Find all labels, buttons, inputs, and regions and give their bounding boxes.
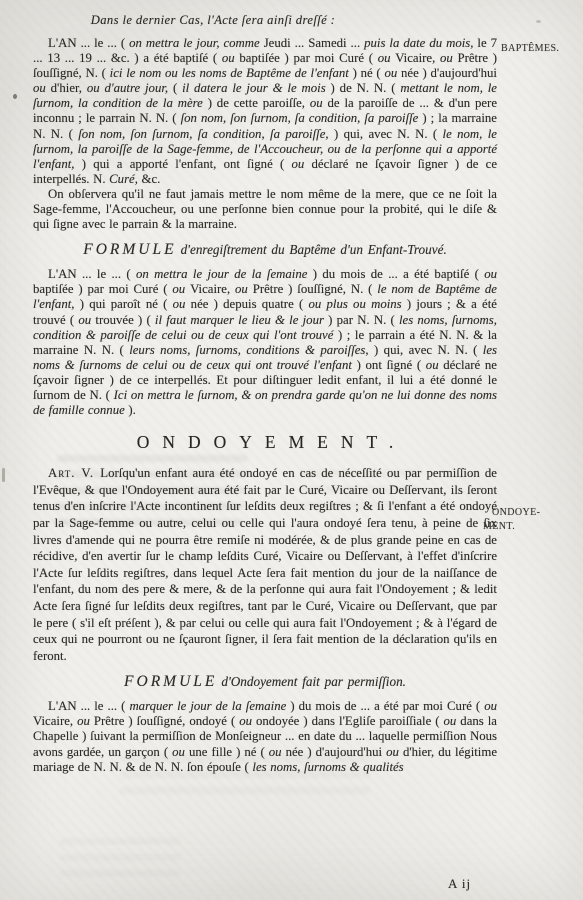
text-segment: ondoyée ) dans l'Egliſe paroiſſiale ( — [256, 714, 444, 728]
text-segment: d'hier, — [51, 81, 87, 95]
text-segment: L'AN ... le ... ( — [48, 699, 129, 713]
text-segment: ou — [172, 282, 190, 296]
text-segment: ou — [78, 313, 95, 327]
text-segment: Lorſqu'un enfant aura été ondoyé en cas … — [33, 466, 497, 663]
text-segment: ou — [310, 96, 328, 110]
text-segment: ou — [173, 297, 191, 311]
text-segment: ou — [269, 745, 286, 759]
text-segment: on mettra le jour, comme — [129, 36, 264, 50]
margin-note-baptemes: BAPTÊMES. — [501, 42, 559, 56]
text-segment: ) par N. N. ( — [328, 313, 399, 327]
ondoyement-section-title: ONDOYEMENT. — [33, 432, 497, 453]
formule-enfant-trouve-heading: FORMULEd'enregiſtrement du Baptême d'un … — [33, 242, 497, 258]
formule-ondoyement-heading: FORMULEd'Ondoyement fait par permiſſion. — [33, 674, 497, 690]
text-segment: ) qui paroît né ( — [80, 297, 173, 311]
margin-note-line: MENT. — [483, 520, 540, 534]
text-segment: Art. V. — [48, 466, 100, 480]
text-segment: Vicaire, — [33, 714, 77, 728]
text-segment: ). — [128, 403, 135, 417]
text-segment: Prêtre ) ſouſſigné, ondoyé ( — [94, 714, 239, 728]
text-segment: Vicaire, — [395, 51, 440, 65]
ink-speck — [13, 94, 17, 99]
ink-speck — [536, 20, 541, 23]
text-segment: L'AN ... le ... ( — [48, 36, 129, 50]
text-segment: née ) d'aujourd'hui — [401, 66, 497, 80]
text-segment: ou — [33, 81, 51, 95]
ink-speck — [2, 468, 5, 482]
text-segment: puis la date du mois, — [364, 36, 477, 50]
text-segment: ou — [239, 714, 256, 728]
observation-note: On obſervera qu'il ne faut jamais mettre… — [33, 187, 497, 232]
baptism-act-formula: L'AN ... le ... ( on mettra le jour, com… — [33, 36, 497, 187]
text-segment: ou d'autre jour, — [87, 81, 173, 95]
text-segment: ou — [444, 714, 461, 728]
text-segment: ) qui a apporté l'enfant, ont ſigné ( — [82, 157, 292, 171]
text-column: Dans le dernier Cas, l'Acte ſera ainſi d… — [33, 13, 497, 775]
text-segment: ou — [384, 66, 401, 80]
text-segment: leurs noms, ſurnoms, conditions & paroiſ… — [129, 343, 374, 357]
signature-mark: A ij — [448, 876, 471, 892]
scan-artifact — [60, 838, 180, 884]
text-segment: ( — [173, 81, 182, 95]
text-segment: ici le nom ou les noms de Baptême de l'e… — [110, 66, 353, 80]
text-segment: ou — [386, 745, 403, 759]
text-segment: d'enregiſtrement du Baptême d'un Enfant-… — [181, 242, 447, 257]
text-segment: ) né ( — [353, 66, 385, 80]
text-segment: ou — [172, 745, 189, 759]
text-segment: trouvée ) ( — [95, 313, 155, 327]
text-segment: ) du mois de ... a été baptiſé ( — [313, 267, 484, 281]
text-segment: ou — [440, 51, 458, 65]
margin-note-ondoyement: ONDOYE- MENT. — [483, 506, 540, 533]
formule-lead-word: FORMULE — [83, 241, 176, 258]
text-segment: Jeudi ... Samedi ... — [264, 36, 364, 50]
text-segment: il faut marquer le lieu & le jour — [155, 313, 328, 327]
text-segment: baptiſée ) par moi Curé ( — [33, 282, 172, 296]
text-segment: On obſervera qu'il ne faut jamais mettre… — [33, 187, 497, 231]
text-segment: ) du mois de ... a été par moi Curé ( — [290, 699, 484, 713]
text-segment: ) qui, avec N. N. ( — [334, 127, 443, 141]
text-segment: ) qui, avec N. N. ( — [374, 343, 483, 357]
text-segment: on mettra le jour de la ſemaine — [136, 267, 313, 281]
text-segment: L'AN ... le ... ( — [48, 267, 136, 281]
text-segment: ) ont ſigné ( — [357, 358, 426, 372]
text-segment: ou — [291, 157, 311, 171]
text-segment: ou — [77, 714, 94, 728]
text-segment: ou — [484, 699, 497, 713]
text-segment: ou — [222, 51, 240, 65]
text-segment: Prêtre ) ſouſſigné, N. ( — [253, 282, 378, 296]
text-segment: il datera le jour & le mois — [182, 81, 330, 95]
text-segment: ) de N. N. ( — [331, 81, 401, 95]
text-segment: les noms, ſurnoms & qualités — [252, 760, 403, 774]
text-segment: ) de cette paroiſſe, — [208, 96, 310, 110]
opening-rubric: Dans le dernier Cas, l'Acte ſera ainſi d… — [33, 13, 497, 28]
formule-lead-word: FORMULE — [124, 673, 217, 690]
margin-note-line: ONDOYE- — [483, 506, 540, 520]
text-segment: une fille ) né ( — [189, 745, 269, 759]
text-segment: Curé, — [109, 172, 141, 186]
text-segment: baptiſée ) par moi Curé ( — [239, 51, 377, 65]
text-segment: ou — [235, 282, 253, 296]
scanned-book-page: Dans le dernier Cas, l'Acte ſera ainſi d… — [0, 0, 583, 900]
text-segment: &c. — [142, 172, 161, 186]
text-segment: née ) d'aujourd'hui — [286, 745, 387, 759]
text-segment: d'Ondoyement fait par permiſſion. — [221, 674, 406, 689]
text-segment: Dans le dernier Cas, l'Acte ſera ainſi d… — [91, 13, 336, 27]
text-segment: ſon nom, ſon ſurnom, ſa condition, ſa pa… — [181, 111, 423, 125]
text-segment: ou plus ou moins — [308, 297, 406, 311]
text-segment: née ) depuis quatre ( — [191, 297, 309, 311]
text-segment: ou — [426, 358, 443, 372]
text-segment: ſon nom, ſon ſurnom, ſa condition, ſa pa… — [78, 127, 334, 141]
text-segment: ou — [484, 267, 497, 281]
text-segment: ou — [378, 51, 396, 65]
text-segment: marquer le jour de la ſemaine — [129, 699, 290, 713]
ondoyement-formula: L'AN ... le ... ( marquer le jour de la … — [33, 699, 497, 774]
foundling-baptism-formula: L'AN ... le ... ( on mettra le jour de l… — [33, 267, 497, 418]
article-v: Art. V. Lorſqu'un enfant aura été ondoyé… — [33, 465, 497, 664]
text-segment: Vicaire, — [190, 282, 235, 296]
